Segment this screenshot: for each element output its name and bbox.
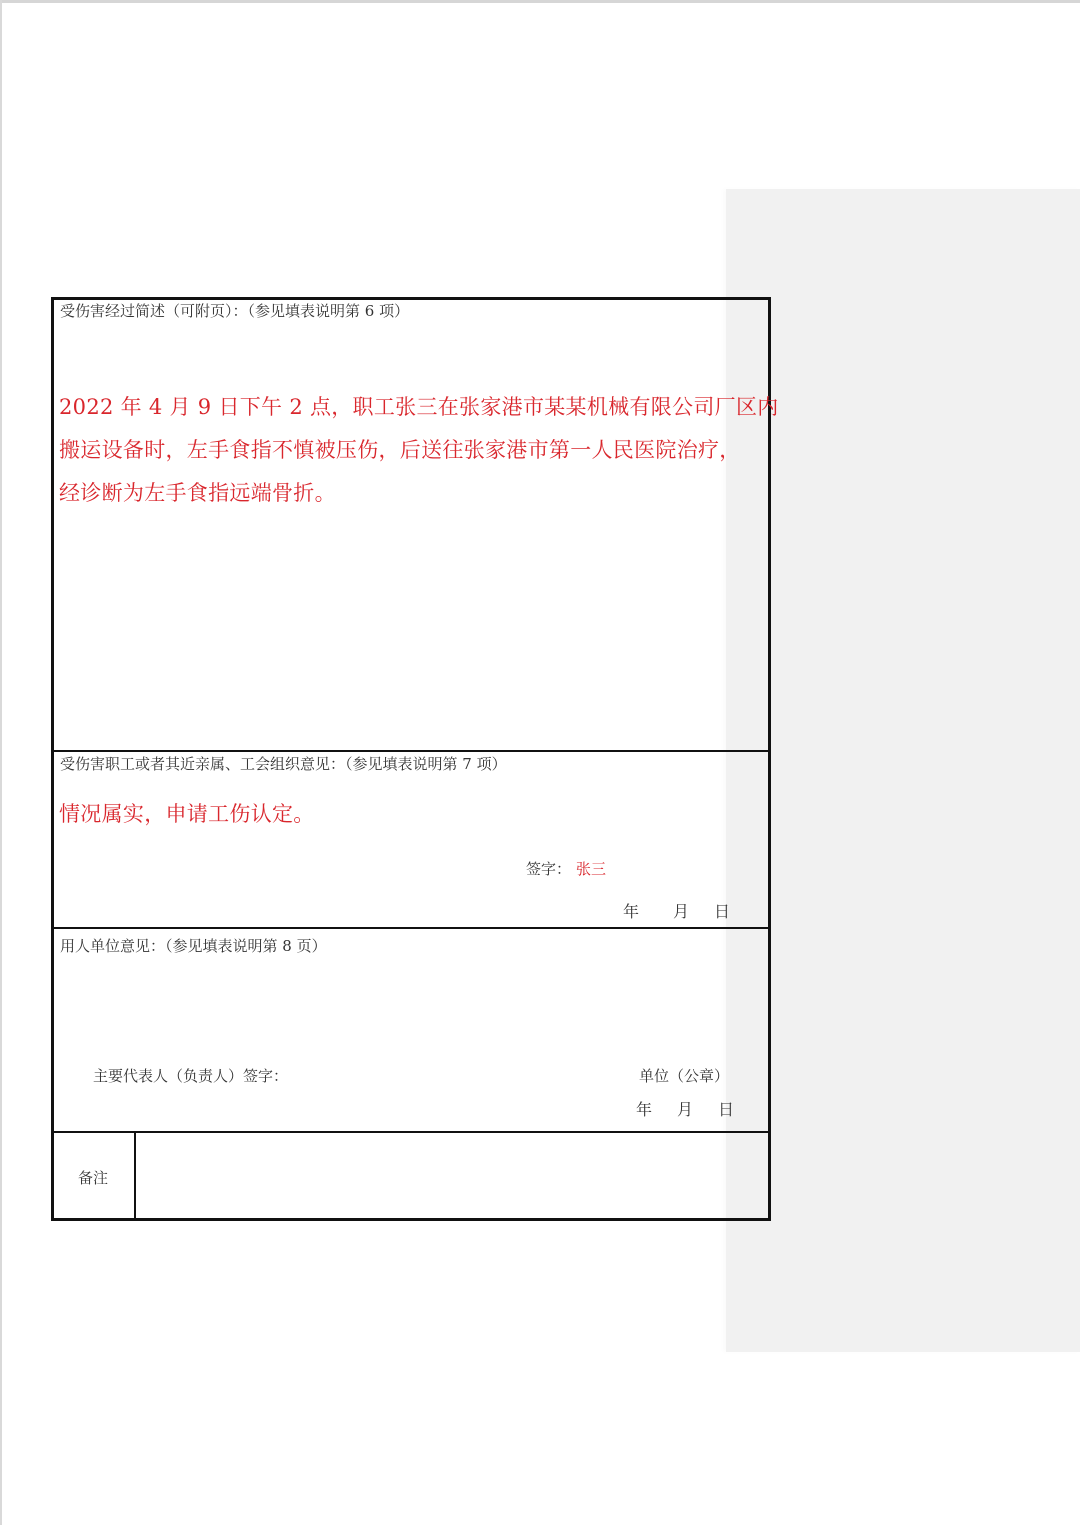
employee-opinion-text[interactable]: 情况属实，申请工伤认定。 (59, 793, 315, 836)
page-left-edge (0, 0, 2, 1525)
employee-date-day: 日 (714, 899, 730, 922)
injury-heading: 受伤害经过简述（可附页）：（参见填表说明第 6 项） (60, 300, 409, 321)
signature-label: 签字： (526, 858, 571, 879)
divider-opinion-employer (51, 927, 771, 929)
remarks-field[interactable] (137, 1134, 768, 1218)
employer-date-year: 年 (636, 1097, 652, 1120)
representative-signature-label: 主要代表人（负责人）签字： (93, 1065, 288, 1086)
divider-remarks-column (134, 1131, 136, 1221)
table-border-left (51, 297, 54, 1221)
remarks-label: 备注 (78, 1167, 108, 1188)
employer-opinion-heading: 用人单位意见：（参见填表说明第 8 页） (60, 935, 327, 956)
divider-injury-opinion (51, 750, 771, 752)
unit-seal-label: 单位（公章） (639, 1065, 729, 1086)
injury-description-line-3[interactable]: 经诊断为左手食指远端骨折。 (59, 472, 336, 515)
gray-overlay-panel (726, 189, 1080, 1352)
table-border-right (768, 297, 771, 1221)
divider-employer-remarks (51, 1131, 771, 1133)
injury-description-line-2[interactable]: 搬运设备时，左手食指不慎被压伤，后送往张家港市第一人民医院治疗， (59, 429, 741, 472)
injury-description-line-1[interactable]: 2022 年 4 月 9 日下午 2 点，职工张三在张家港市某某机械有限公司厂区… (59, 386, 779, 429)
employee-opinion-heading: 受伤害职工或者其近亲属、工会组织意见：（参见填表说明第 7 项） (60, 753, 507, 774)
employer-date-month: 月 (677, 1097, 693, 1120)
employer-date-day: 日 (718, 1097, 734, 1120)
page-top-edge (0, 0, 1080, 3)
table-border-bottom (51, 1218, 771, 1221)
employee-date-year: 年 (623, 899, 639, 922)
employee-date-month: 月 (673, 899, 689, 922)
signature-value[interactable]: 张三 (576, 858, 606, 879)
